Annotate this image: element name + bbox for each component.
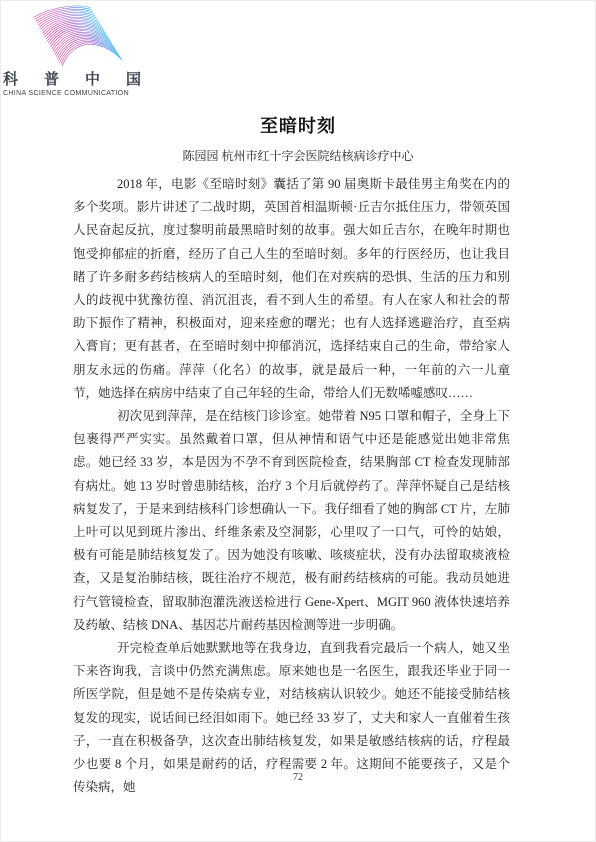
china-science-communication-logo: 科 普 中 国 CHINA SCIENCE COMMUNICATION bbox=[3, 4, 153, 97]
logo-swoosh-icon bbox=[27, 4, 131, 70]
logo-char: 国 bbox=[126, 72, 141, 87]
logo-en-text: CHINA SCIENCE COMMUNICATION bbox=[3, 90, 153, 97]
author-byline: 陈园园 杭州市红十字会医院结核病诊疗中心 bbox=[1, 147, 595, 164]
page-number: 72 bbox=[1, 772, 595, 783]
page-title: 至暗时刻 bbox=[1, 112, 595, 138]
paragraph: 2018 年，电影《至暗时刻》囊括了第 90 届奥斯卡最佳男主角奖在内的多个奖项… bbox=[73, 173, 510, 405]
logo-cn-text: 科 普 中 国 bbox=[3, 72, 141, 87]
logo-char: 普 bbox=[44, 72, 59, 87]
paragraph: 初次见到萍萍，是在结核门诊诊室。她带着 N95 口罩和帽子，全身上下包裹得严严实… bbox=[73, 405, 510, 637]
body-text: 2018 年，电影《至暗时刻》囊括了第 90 届奥斯卡最佳男主角奖在内的多个奖项… bbox=[73, 173, 510, 799]
document-page: 科 普 中 国 CHINA SCIENCE COMMUNICATION 至暗时刻… bbox=[0, 0, 596, 842]
logo-char: 科 bbox=[3, 72, 18, 87]
logo-char: 中 bbox=[85, 72, 100, 87]
